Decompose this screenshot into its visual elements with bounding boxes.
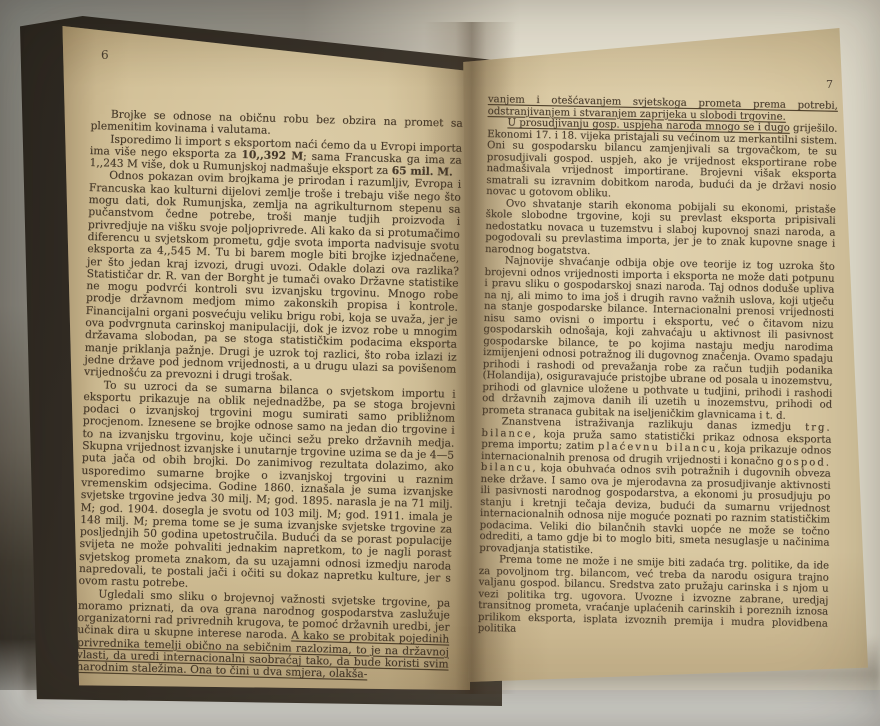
paragraph: Znanstvena istraživanja razlikuju danas … [479, 416, 832, 561]
body-text: To su uzroci da se sumarna bilanca o svj… [78, 378, 455, 590]
left-page: 6 Brojke se odnose na običnu robu bez ob… [55, 26, 470, 690]
right-page: 7 vanjem i otešćavanjem svjetskoga prome… [460, 28, 868, 682]
paragraph: Prema tome ne može i ne smije biti zadać… [478, 554, 829, 641]
paragraph: U prosudjivanju gosp. uspjeha naroda mno… [486, 117, 837, 204]
paragraph: Najnovije shvaćanje odbija obje ove teor… [482, 255, 835, 423]
body-text: , koja obuhvaća odnos svih potražnih i d… [479, 463, 831, 556]
left-page-text: Brojke se odnose na običnu robu bez obzi… [76, 108, 463, 683]
paragraph: Ugledali smo sliku o brojevnoj važnosti … [76, 587, 450, 683]
body-text: Ovo shvatanje starih ekonoma pobijali su… [485, 198, 836, 257]
body-text: griješilo. Ekonomi 17. i 18. vijeka pris… [486, 123, 837, 200]
body-text: Odnos pokazan ovim brojkama je prirodan … [84, 169, 461, 384]
book-photograph: 6 Brojke se odnose na običnu robu bez ob… [0, 0, 880, 726]
paragraph: Ovo shvatanje starih ekonoma pobijali su… [485, 197, 836, 261]
paragraph: To su uzroci da se sumarna bilanca o svj… [78, 378, 455, 597]
paragraph: Odnos pokazan ovim brojkama je prirodan … [84, 169, 461, 388]
body-text: Prema tome ne može i ne smije biti zadać… [478, 554, 829, 634]
body-text: Najnovije shvaćanje odbija obje ove teor… [482, 255, 835, 421]
page-number-right: 7 [826, 78, 833, 91]
page-number-left: 6 [101, 48, 109, 62]
right-page-text: vanjem i otešćavanjem svjetskoga prometa… [478, 94, 838, 641]
